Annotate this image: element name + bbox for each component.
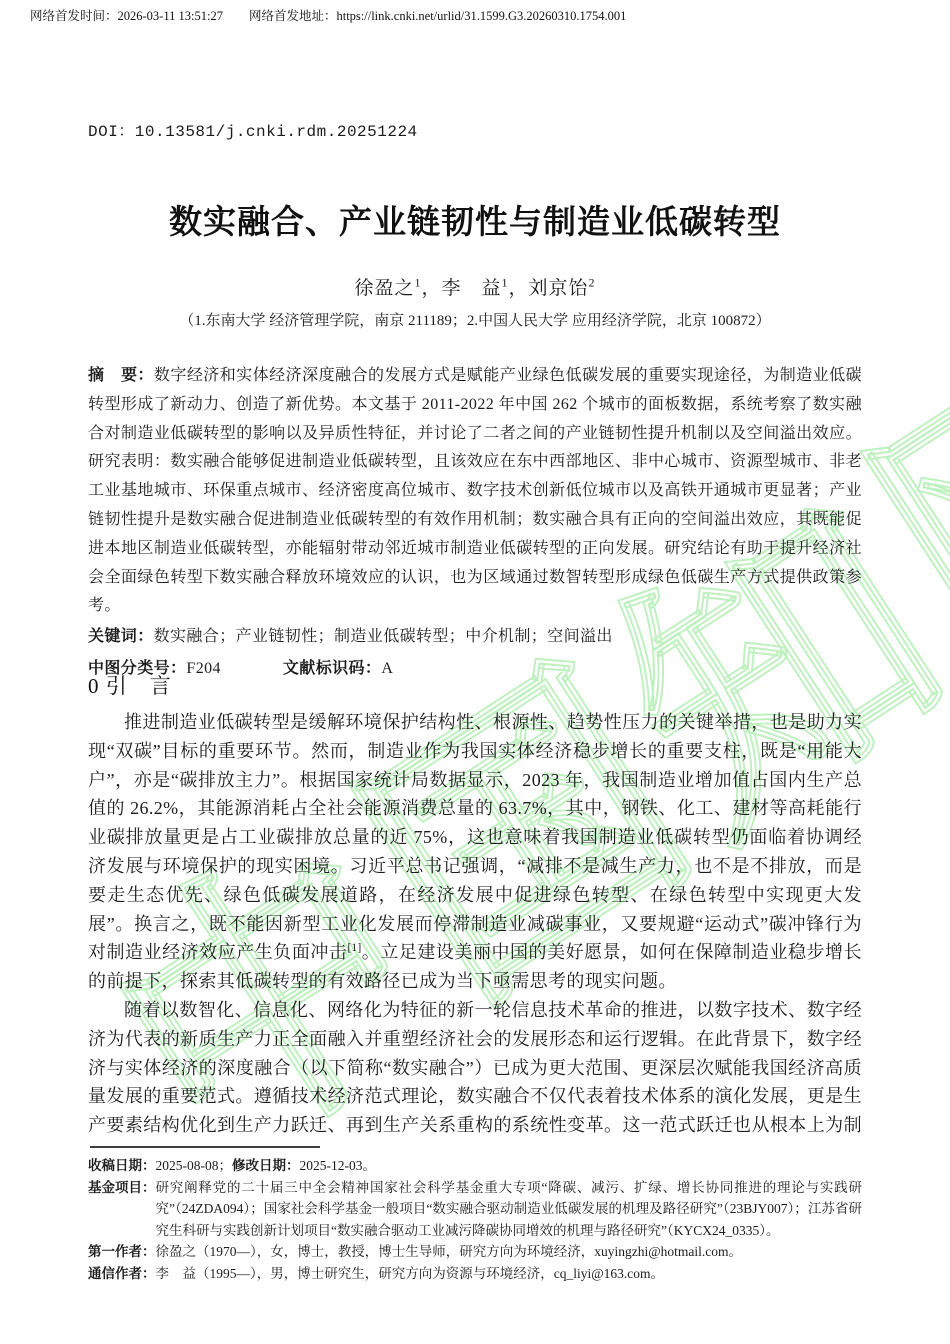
footnote-row: 第一作者：徐盈之（1970—），女，博士，教授，博士生导师，研究方向为环境经济，… (88, 1241, 862, 1263)
body-text: 推进制造业低碳转型是缓解环境保护结构性、根源性、趋势性压力的关键举措，也是助力实… (88, 708, 862, 1144)
abstract-label: 摘 要： (88, 367, 154, 384)
footnote-label: 收稿日期： (88, 1155, 156, 1177)
publish-time-value: 2026-03-11 13:51:27 (118, 9, 223, 23)
footnote-text: 研究阐释党的二十届三中全会精神国家社会科学基金重大专项“降碳、减污、扩绿、增长协… (156, 1177, 863, 1242)
abstract-text: 数字经济和实体经济深度融合的发展方式是赋能产业绿色低碳发展的重要实现途径，为制造… (88, 367, 862, 614)
abstract-block: 摘 要：数字经济和实体经济深度融合的发展方式是赋能产业绿色低碳发展的重要实现途径… (88, 362, 862, 684)
doi-line: DOI：10.13581/j.cnki.rdm.20251224 (88, 118, 418, 141)
footnote-divider (90, 1146, 320, 1148)
publish-url-label: 网络首发地址： (249, 9, 337, 23)
doc-code-value: A (381, 660, 393, 677)
classification-line: 中图分类号：F204文献标识码：A (88, 655, 862, 684)
footnote-text: 徐盈之（1970—），女，博士，教授，博士生导师，研究方向为环境经济，xuyin… (156, 1241, 863, 1263)
keywords-line: 关键词：数实融合；产业链韧性；制造业低碳转型；中介机制；空间溢出 (88, 623, 862, 652)
footnote-row: 基金项目：研究阐释党的二十届三中全会精神国家社会科学基金重大专项“降碳、减污、扩… (88, 1177, 862, 1242)
keywords-text: 数实融合；产业链韧性；制造业低碳转型；中介机制；空间溢出 (154, 628, 613, 645)
footnote-label: 第一作者： (88, 1241, 156, 1263)
author-affiliation-superscript: 2 (589, 276, 596, 290)
reference-superscript: [1] (347, 942, 361, 954)
publish-url-value: https://link.cnki.net/urlid/31.1599.G3.2… (336, 9, 626, 23)
footnote-row: 通信作者：李 益（1995—），男，博士研究生，研究方向为资源与环境经济，cq_… (88, 1263, 862, 1285)
doc-code-label: 文献标识码： (283, 660, 381, 677)
content-layer: 网络首发时间：2026-03-11 13:51:27网络首发地址：https:/… (0, 0, 950, 1344)
paper-title: 数实融合、产业链韧性与制造业低碳转型 (0, 196, 950, 243)
body-paragraph: 推进制造业低碳转型是缓解环境保护结构性、根源性、趋势性压力的关键举措，也是助力实… (88, 708, 862, 996)
publish-time-label: 网络首发时间： (30, 9, 118, 23)
footnote-label: 基金项目： (88, 1177, 156, 1199)
footnote-label: 通信作者： (88, 1263, 156, 1285)
author: 李 益1 (441, 278, 508, 299)
cnki-first-publish-meta: 网络首发时间：2026-03-11 13:51:27网络首发地址：https:/… (30, 6, 626, 24)
authors-line: 徐盈之1，李 益1，刘京饴2 (0, 273, 950, 300)
author-affiliation-superscript: 1 (502, 276, 509, 290)
footnote-text: 李 益（1995—），男，博士研究生，研究方向为资源与环境经济，cq_liyi@… (156, 1263, 863, 1285)
clc-value: F204 (186, 660, 221, 677)
author: 徐盈之1 (354, 278, 421, 299)
footnote-text: 2025-08-08；修改日期：2025-12-03。 (156, 1155, 863, 1177)
paper-footer: 收稿日期：2025-08-08；修改日期：2025-12-03。基金项目：研究阐… (88, 1146, 862, 1284)
author: 刘京饴2 (529, 278, 596, 299)
body-paragraph: 随着以数智化、信息化、网络化为特征的新一轮信息技术革命的推进，以数字技术、数字经… (88, 996, 862, 1144)
author-affiliation-superscript: 1 (414, 276, 421, 290)
section-heading: 0 引 言 (88, 670, 172, 700)
footnotes: 收稿日期：2025-08-08；修改日期：2025-12-03。基金项目：研究阐… (88, 1155, 862, 1284)
keywords-label: 关键词： (88, 628, 154, 645)
abstract-paragraph: 摘 要：数字经济和实体经济深度融合的发展方式是赋能产业绿色低碳发展的重要实现途径… (88, 362, 862, 621)
footnote-row: 收稿日期：2025-08-08；修改日期：2025-12-03。 (88, 1155, 862, 1177)
paper-page: 中国知网 网络首发时间：2026-03-11 13:51:27网络首发地址：ht… (0, 0, 950, 1344)
affiliation-line: （1.东南大学 经济管理学院，南京 211189；2.中国人民大学 应用经济学院… (0, 309, 950, 330)
